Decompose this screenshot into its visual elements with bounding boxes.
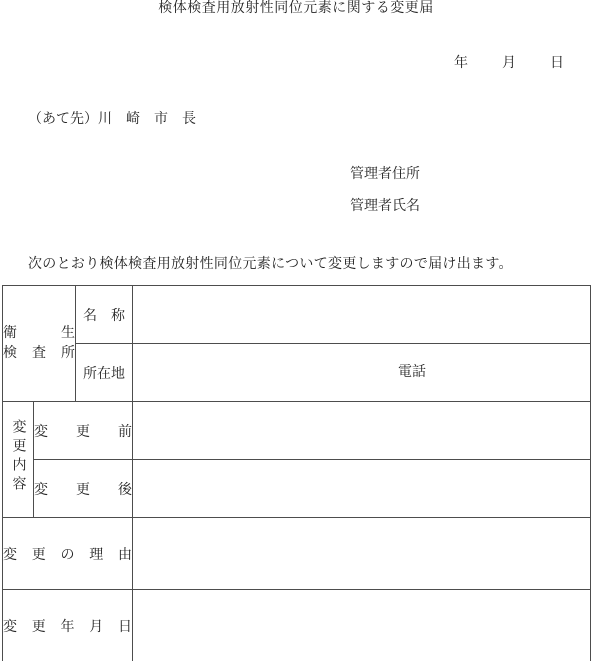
after-label-cell: 変 更 後	[34, 460, 133, 518]
manager-name-label: 管理者氏名	[350, 199, 420, 215]
day-label: 日	[550, 56, 564, 72]
intro-sentence: 次のとおり検体検査用放射性同位元素について変更しますので届け出ます。	[28, 257, 513, 273]
phone-label: 電話	[398, 361, 426, 381]
facility-group-label-cell: 衛 生 検 査 所	[3, 286, 76, 402]
change-group-label: 変更内容	[4, 419, 33, 495]
change-date-value-cell	[133, 590, 591, 661]
facility-group-line1: 衛 生	[3, 324, 75, 344]
month-label: 月	[502, 56, 516, 72]
table-row: 衛 生 検 査 所 名 称	[3, 286, 591, 344]
year-label: 年	[454, 56, 468, 72]
after-value-cell	[133, 460, 591, 518]
date-line: 年 月 日	[454, 56, 564, 72]
before-label-cell: 変 更 前	[34, 402, 133, 460]
change-date-label-cell: 変 更 年 月 日	[3, 590, 133, 661]
table-row: 変 更 の 理 由	[3, 518, 591, 590]
table-row: 変 更 後	[3, 460, 591, 518]
name-label-cell: 名 称	[76, 286, 133, 344]
before-value-cell	[133, 402, 591, 460]
address-value-cell: 電話	[133, 344, 591, 402]
change-group-label-cell: 変更内容	[3, 402, 34, 518]
manager-address-label: 管理者住所	[350, 167, 420, 183]
name-value-cell	[133, 286, 591, 344]
reason-value-cell	[133, 518, 591, 590]
form-page: 検体検査用放射性同位元素に関する変更届 年 月 日 （あて先）川 崎 市 長 管…	[0, 0, 592, 661]
table-row: 所在地 電話	[3, 344, 591, 402]
change-form-table: 衛 生 検 査 所 名 称 所在地 電話 変更内容 変 更 前 変	[2, 285, 591, 661]
table-row: 変更内容 変 更 前	[3, 402, 591, 460]
facility-group-line2: 検 査 所	[3, 344, 75, 364]
reason-label-cell: 変 更 の 理 由	[3, 518, 133, 590]
table-row: 変 更 年 月 日	[3, 590, 591, 661]
addressee: （あて先）川 崎 市 長	[28, 112, 196, 128]
form-title: 検体検査用放射性同位元素に関する変更届	[0, 1, 592, 17]
address-label-cell: 所在地	[76, 344, 133, 402]
